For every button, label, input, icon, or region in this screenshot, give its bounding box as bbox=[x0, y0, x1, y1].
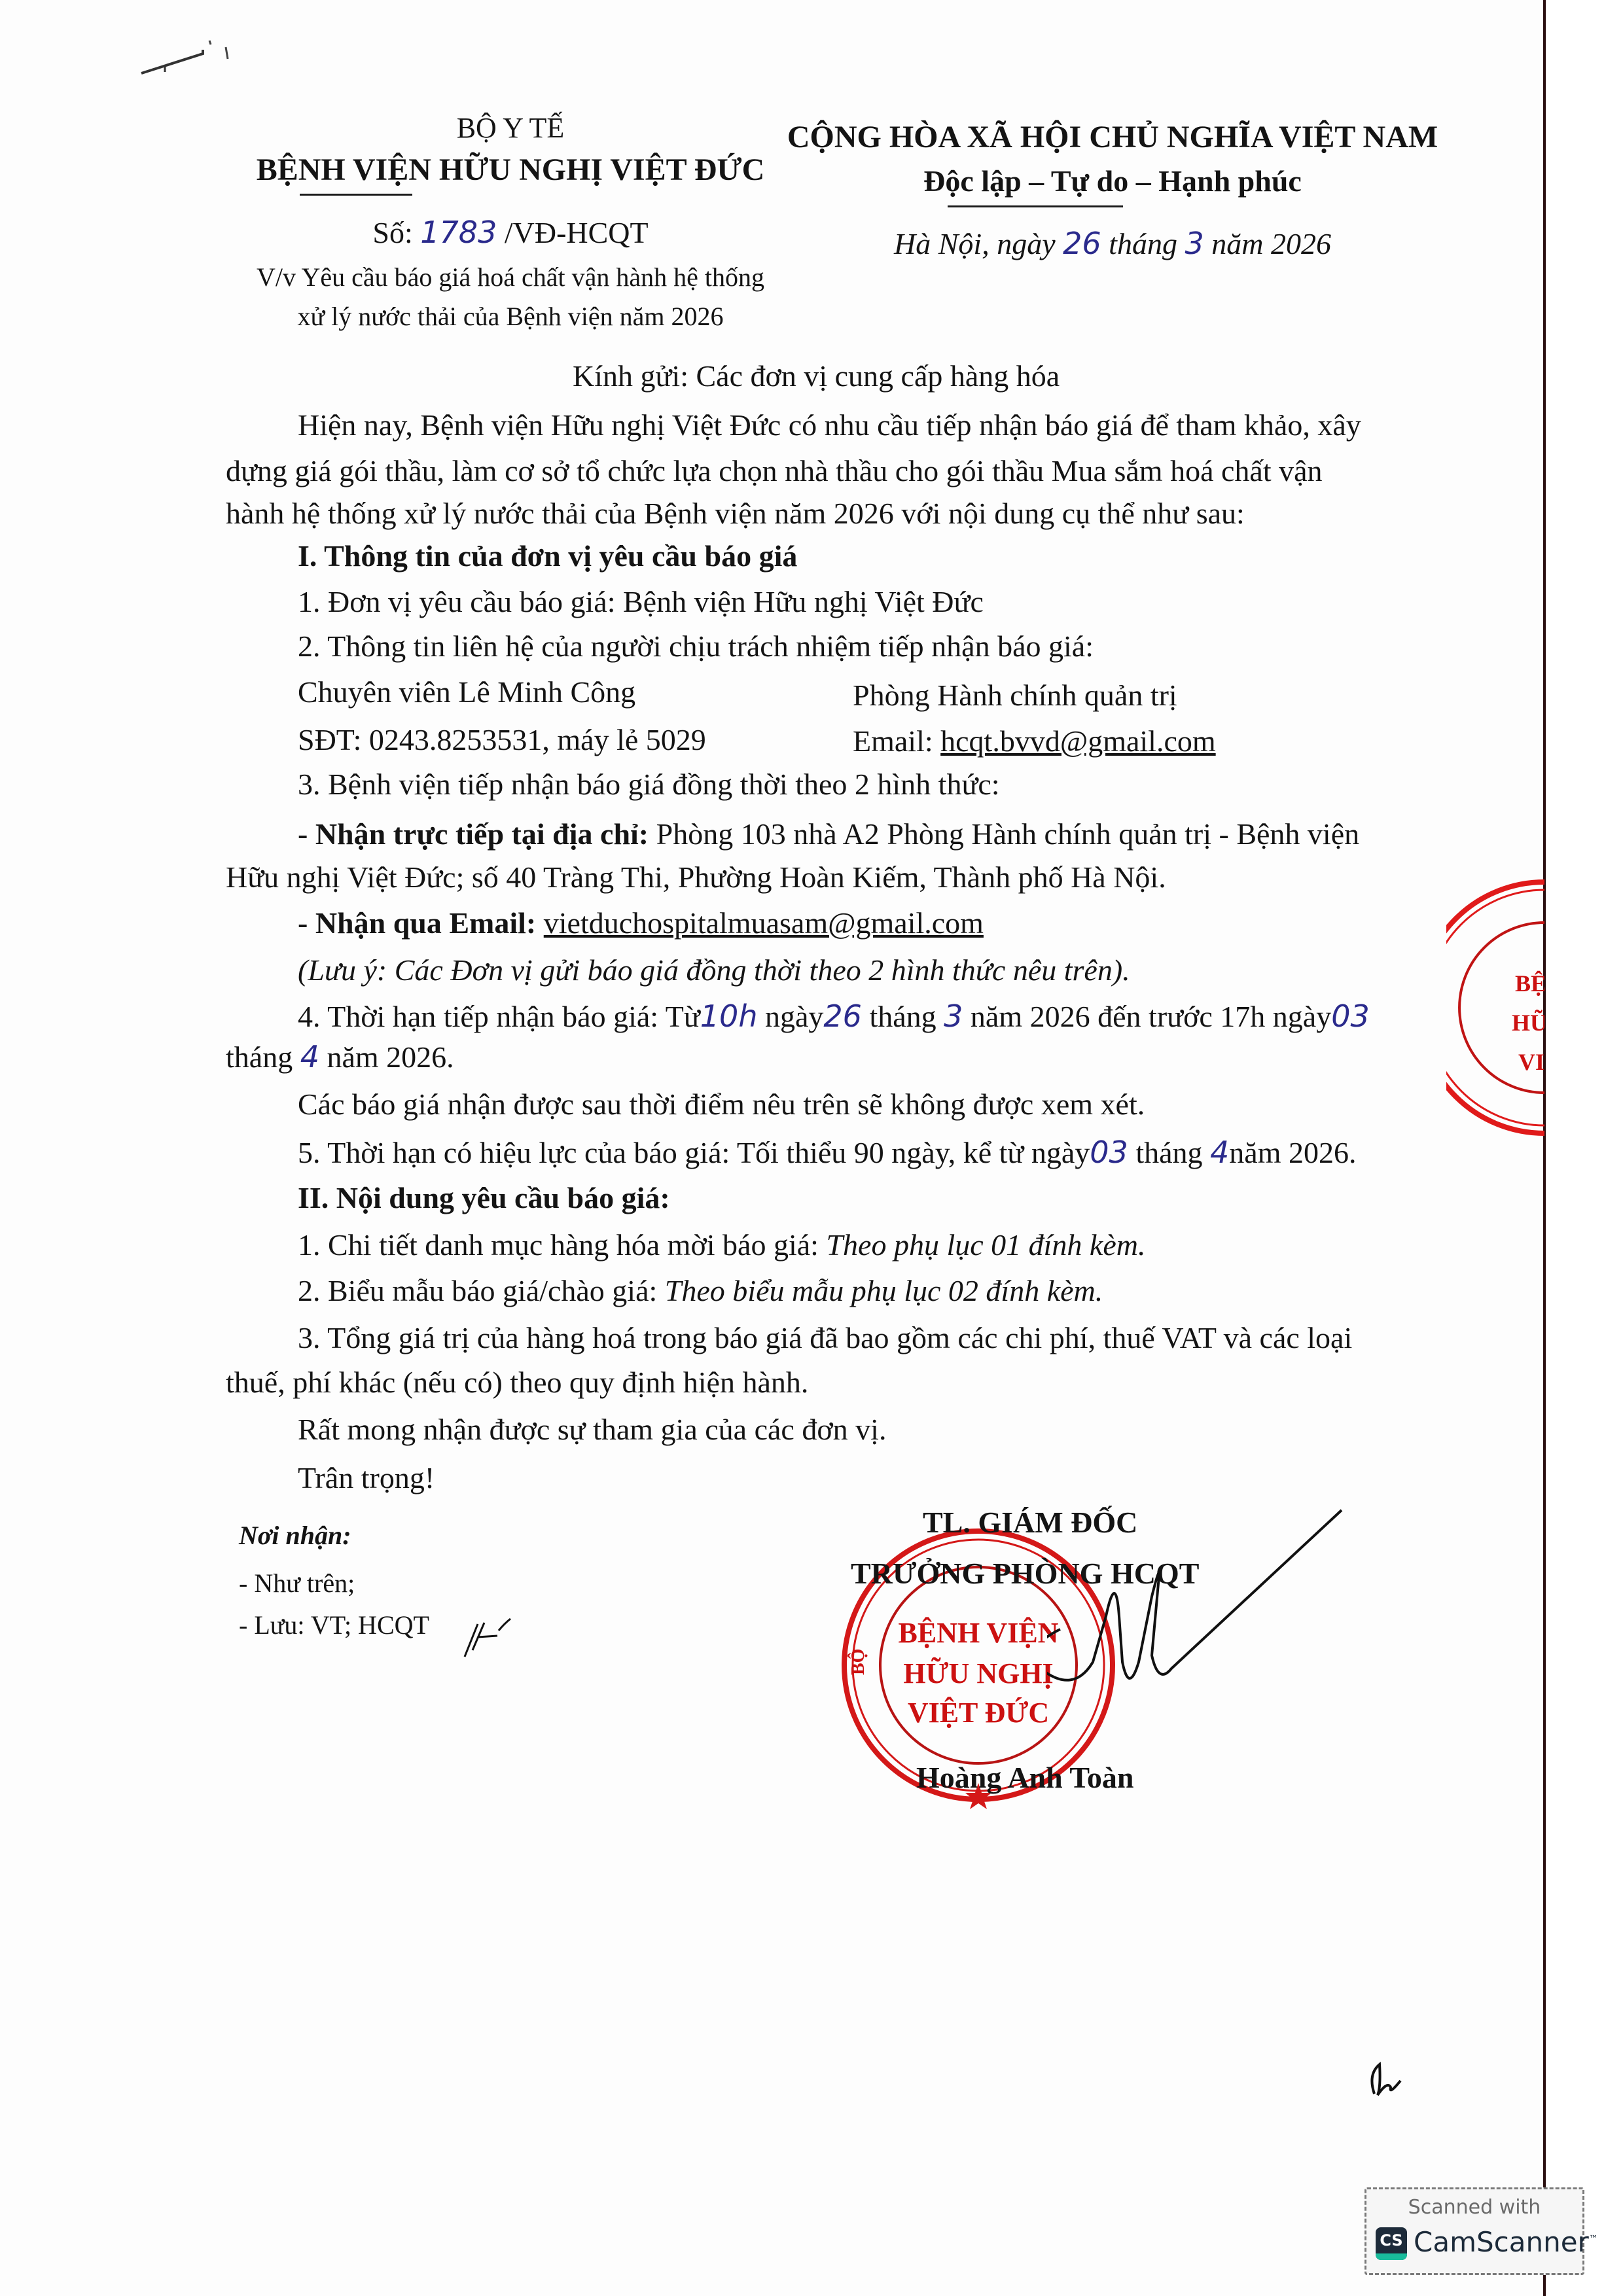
item4-prefix: 4. Thời hạn tiếp nhận báo giá: Từ bbox=[298, 1000, 700, 1033]
date-prefix: Hà Nội, ngày bbox=[894, 227, 1056, 260]
item4-day: 26 bbox=[823, 998, 862, 1034]
intro-line-2: dựng giá gói thầu, làm cơ sở tổ chức lựa… bbox=[226, 456, 1323, 486]
date-month-label: tháng bbox=[1109, 227, 1177, 260]
partial-stamp-line-2: HỮ bbox=[1512, 1009, 1544, 1036]
initials-mark bbox=[458, 1611, 517, 1663]
item4-end-month: 4 bbox=[300, 1039, 319, 1074]
item4-mid: năm 2026 đến trước 17h ngày bbox=[971, 1000, 1331, 1033]
direct-delivery-line-1: - Nhận trực tiếp tại địa chỉ: Phòng 103 … bbox=[298, 819, 1359, 849]
doc-number-label: Số: bbox=[372, 216, 412, 249]
s2-item1-prefix: 1. Chi tiết danh mục hàng hóa mời báo gi… bbox=[298, 1228, 819, 1262]
email-delivery-row: - Nhận qua Email: vietduchospitalmuasam@… bbox=[298, 908, 984, 938]
recipient-item-2: - Lưu: VT; HCQT bbox=[239, 1610, 429, 1640]
header-underline bbox=[300, 194, 412, 196]
partial-stamp-line-3: VI bbox=[1518, 1049, 1544, 1075]
s2-item2-prefix: 2. Biểu mẫu báo giá/chào giá: bbox=[298, 1274, 657, 1307]
page-edge bbox=[1543, 0, 1546, 2296]
camscanner-logo-icon: CS bbox=[1376, 2227, 1407, 2260]
section-1-item-3: 3. Bệnh viện tiếp nhận báo giá đồng thời… bbox=[298, 769, 1000, 800]
doc-number-suffix: /VĐ-HCQT bbox=[505, 216, 649, 249]
direct-address-line-1: Phòng 103 nhà A2 Phòng Hành chính quản t… bbox=[656, 817, 1360, 851]
item5-month-label: tháng bbox=[1135, 1136, 1202, 1169]
intro-line-1: Hiện nay, Bệnh viện Hữu nghị Việt Đức có… bbox=[298, 410, 1361, 440]
document-date: Hà Nội, ngày 26 tháng 3 năm 2026 bbox=[785, 226, 1440, 261]
motto-underline bbox=[948, 205, 1123, 207]
logo-text: CS bbox=[1376, 2231, 1407, 2250]
partial-stamp: BỆ HỮ VI bbox=[1446, 877, 1544, 1139]
salutation: Kính gửi: Các đơn vị cung cấp hàng hóa bbox=[573, 361, 1060, 391]
contact-name: Chuyên viên Lê Minh Công bbox=[298, 677, 635, 707]
section-1-item-5: 5. Thời hạn có hiệu lực của báo giá: Tối… bbox=[298, 1137, 1357, 1168]
contact-email-link[interactable]: hcqt.bvvd@gmail.com bbox=[940, 724, 1216, 758]
camscanner-watermark: Scanned with CS CamScanner™ bbox=[1364, 2187, 1584, 2275]
signature-scribble bbox=[1047, 1498, 1361, 1721]
national-motto: Độc lập – Tự do – Hạnh phúc bbox=[785, 164, 1440, 198]
email-delivery-link[interactable]: vietduchospitalmuasam@gmail.com bbox=[544, 906, 984, 940]
section-1-item-1: 1. Đơn vị yêu cầu báo giá: Bệnh viện Hữu… bbox=[298, 587, 984, 617]
hospital-name: BỆNH VIỆN HỮU NGHỊ VIỆT ĐỨC bbox=[196, 152, 825, 188]
scan-mark bbox=[137, 33, 255, 85]
section-2-title: II. Nội dung yêu cầu báo giá: bbox=[298, 1183, 670, 1213]
subject-line-1: V/v Yêu cầu báo giá hoá chất vận hành hệ… bbox=[196, 262, 825, 292]
direct-address-line-2: Hữu nghị Việt Đức; số 40 Tràng Thi, Phườ… bbox=[226, 862, 1166, 892]
document-number: Số: 1783 /VĐ-HCQT bbox=[196, 215, 825, 250]
contact-department: Phòng Hành chính quản trị bbox=[853, 680, 1177, 711]
camscanner-name: CamScanner™ bbox=[1414, 2226, 1598, 2258]
stamp-line-1: BỆNH VIỆN bbox=[899, 1617, 1059, 1649]
date-year: năm 2026 bbox=[1211, 227, 1331, 260]
s2-item2-italic: Theo biểu mẫu phụ lục 02 đính kèm. bbox=[665, 1274, 1103, 1307]
section-2-item-3-line-2: thuế, phí khác (nếu có) theo quy định hi… bbox=[226, 1368, 808, 1398]
date-day: 26 bbox=[1063, 226, 1101, 261]
doc-number-handwritten: 1783 bbox=[420, 215, 497, 250]
item5-day: 03 bbox=[1090, 1135, 1128, 1170]
intro-line-3: hành hệ thống xử lý nước thải của Bệnh v… bbox=[226, 499, 1245, 529]
email-delivery-label: - Nhận qua Email: bbox=[298, 906, 536, 940]
section-1-title: I. Thông tin của đơn vị yêu cầu báo giá bbox=[298, 541, 797, 571]
direct-delivery-label: - Nhận trực tiếp tại địa chỉ: bbox=[298, 817, 649, 851]
section-2-item-2: 2. Biểu mẫu báo giá/chào giá: Theo biểu … bbox=[298, 1276, 1103, 1306]
recipients-title: Nơi nhận: bbox=[239, 1520, 351, 1551]
contact-email-row: Email: hcqt.bvvd@gmail.com bbox=[853, 726, 1216, 756]
recipient-item-1: - Như trên; bbox=[239, 1568, 355, 1598]
item4-line2-year: năm 2026. bbox=[327, 1040, 454, 1074]
item5-prefix: 5. Thời hạn có hiệu lực của báo giá: Tối… bbox=[298, 1136, 1090, 1169]
stamp-line-2: HỮU NGHỊ bbox=[903, 1657, 1053, 1689]
contact-email-label: Email: bbox=[853, 724, 933, 758]
page-initials bbox=[1361, 2061, 1414, 2100]
regards: Trân trọng! bbox=[298, 1463, 435, 1493]
subject-line-2: xử lý nước thải của Bệnh viện năm 2026 bbox=[196, 301, 825, 332]
partial-stamp-line-1: BỆ bbox=[1515, 970, 1544, 997]
stamp-side-text: BỘ bbox=[848, 1649, 868, 1675]
s2-item1-italic: Theo phụ lục 01 đính kèm. bbox=[826, 1228, 1145, 1262]
app-name: CamScanner bbox=[1414, 2226, 1589, 2258]
delivery-note: (Lưu ý: Các Đơn vị gửi báo giá đồng thời… bbox=[298, 955, 1130, 985]
signer-name: Hoàng Anh Toàn bbox=[916, 1760, 1133, 1795]
item5-month: 4 bbox=[1210, 1135, 1229, 1170]
item4-day-label: ngày bbox=[765, 1000, 823, 1033]
section-1-item-4-line-2: tháng 4 năm 2026. bbox=[226, 1042, 454, 1072]
item4-line2-month-label: tháng bbox=[226, 1040, 293, 1074]
section-1-item-4-line-1: 4. Thời hạn tiếp nhận báo giá: Từ10h ngà… bbox=[298, 1001, 1370, 1032]
contact-phone: SĐT: 0243.8253531, máy lẻ 5029 bbox=[298, 725, 706, 755]
ministry-name: BỘ Y TẾ bbox=[196, 111, 825, 145]
item4-month-label: tháng bbox=[869, 1000, 936, 1033]
section-2-item-1: 1. Chi tiết danh mục hàng hóa mời báo gi… bbox=[298, 1230, 1145, 1260]
logo-accent-bar bbox=[1376, 2253, 1407, 2260]
item4-end-day: 03 bbox=[1331, 998, 1370, 1034]
scan-margin bbox=[1546, 0, 1623, 2296]
date-month: 3 bbox=[1185, 226, 1204, 261]
section-1-item-2: 2. Thông tin liên hệ của người chịu trác… bbox=[298, 631, 1094, 662]
trademark: ™ bbox=[1589, 2234, 1598, 2244]
section-2-item-3-line-1: 3. Tổng giá trị của hàng hoá trong báo g… bbox=[298, 1323, 1352, 1353]
item5-year: năm 2026. bbox=[1229, 1136, 1356, 1169]
scanned-with-text: Scanned with bbox=[1366, 2196, 1582, 2219]
closing-line: Rất mong nhận được sự tham gia của các đ… bbox=[298, 1415, 886, 1445]
country-name: CỘNG HÒA XÃ HỘI CHỦ NGHĨA VIỆT NAM bbox=[785, 119, 1440, 155]
item4-month: 3 bbox=[944, 998, 963, 1034]
item4-hour: 10h bbox=[700, 998, 758, 1034]
late-notice: Các báo giá nhận được sau thời điểm nêu … bbox=[298, 1089, 1145, 1120]
stamp-line-3: VIỆT ĐỨC bbox=[908, 1697, 1049, 1729]
